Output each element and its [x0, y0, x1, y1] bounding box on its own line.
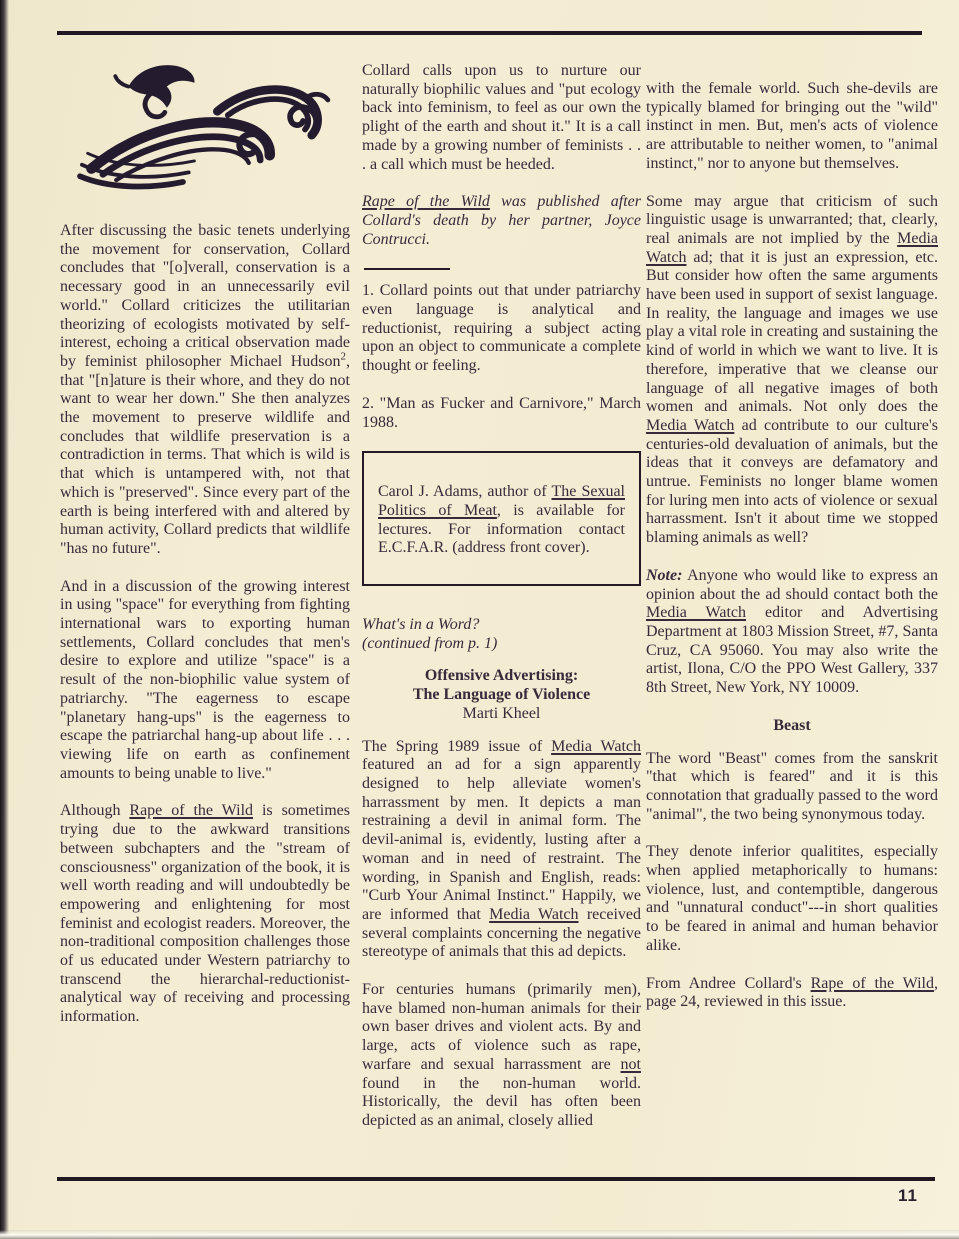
footnote-divider: [364, 268, 450, 270]
beast-heading: Beast: [646, 717, 938, 736]
bottom-rule: [57, 1177, 935, 1181]
scan-edge-bottom: [0, 1230, 959, 1239]
paragraph-beast-origin: The word "Beast" comes from the sanskrit…: [646, 750, 938, 825]
page-number: 11: [898, 1186, 918, 1206]
footnote-1: 1. Collard points out that under patriar…: [362, 282, 641, 376]
article-heading-line1: Offensive Advertising:: [362, 667, 641, 686]
scan-edge-shadow: [0, 0, 9, 1239]
continued-title: What's in a Word?: [362, 616, 641, 635]
lecture-announcement-text: Carol J. Adams, author of The Sexual Pol…: [378, 483, 625, 558]
paragraph-review-conclusion: Although Rape of the Wild is sometimes t…: [60, 802, 350, 1026]
article-byline: Marti Kheel: [362, 705, 641, 724]
column-left: After discussing the basic tenets underl…: [60, 58, 350, 1046]
publication-note: Rape of the Wild was published after Col…: [362, 193, 641, 249]
paragraph-she-devils: with the female world. Such she-devils a…: [646, 80, 938, 174]
lecture-announcement-box: Carol J. Adams, author of The Sexual Pol…: [362, 451, 641, 586]
paragraph-call: Collard calls upon us to nurture our nat…: [362, 62, 641, 174]
footnote-2: 2. "Man as Fucker and Carnivore," March …: [362, 395, 641, 432]
continued-from: (continued from p. 1): [362, 635, 641, 654]
paragraph-centuries: For centuries humans (primarily men), ha…: [362, 981, 641, 1131]
column-right: with the female world. Such she-devils a…: [646, 80, 938, 1031]
paragraph-space: And in a discussion of the growing inter…: [60, 578, 350, 784]
article-heading-line2: The Language of Violence: [362, 686, 641, 705]
scanned-newsletter-page: After discussing the basic tenets underl…: [0, 0, 959, 1239]
paragraph-beast-qualities: They denote inferior qualitites, especia…: [646, 843, 938, 955]
note-paragraph: Note: Anyone who would like to express a…: [646, 567, 938, 698]
paragraph-source-credit: From Andree Collard's Rape of the Wild, …: [646, 975, 938, 1012]
paragraph-conservation: After discussing the basic tenets underl…: [60, 222, 350, 559]
top-rule: [57, 31, 922, 35]
paragraph-media-watch-ad: The Spring 1989 issue of Media Watch fea…: [362, 738, 641, 962]
paragraph-linguistic-usage: Some may argue that criticism of such li…: [646, 193, 938, 548]
wave-and-bird-illustration-icon: [74, 58, 332, 206]
column-center: Collard calls upon us to nurture our nat…: [362, 62, 641, 1150]
